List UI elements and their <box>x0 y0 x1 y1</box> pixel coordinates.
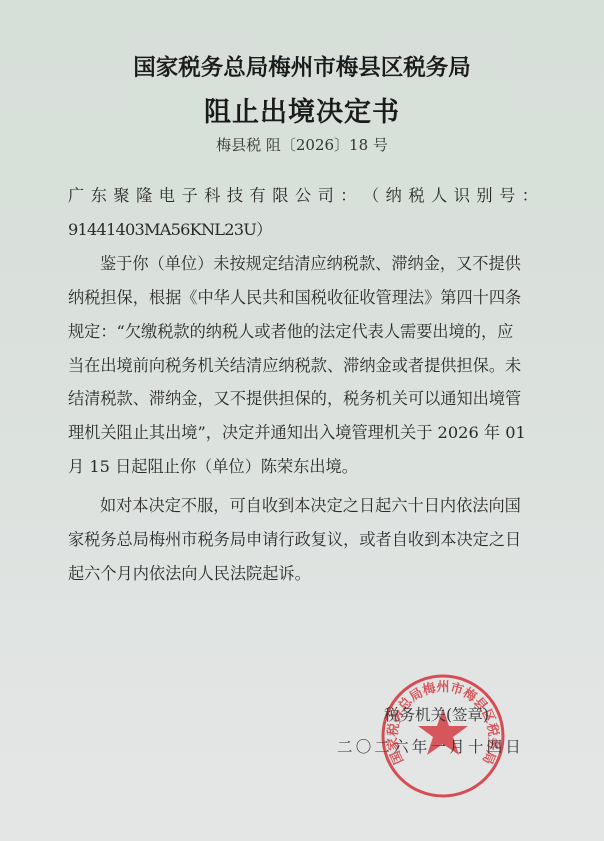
signature-label: 税务机关(签章) <box>384 703 489 725</box>
addressee-char: 隆 <box>136 182 152 206</box>
paragraph1-line: 月 15 日起阻止你（单位）陈荣东出境。 <box>68 453 538 477</box>
addressee-char: 公 <box>295 182 311 206</box>
addressee-char: 子 <box>181 182 197 206</box>
signature-date: 二〇二六年一月十四日 <box>337 735 524 757</box>
addressee-char: 科 <box>204 182 220 206</box>
paragraph1-line: 纳税担保，根据《中华人民共和国税收征收管理法》第四十四条 <box>68 284 538 308</box>
addressee-char: ： <box>340 182 356 206</box>
addressee-char: 别 <box>476 182 492 206</box>
addressee-char: 技 <box>227 182 243 206</box>
issuer-heading: 国家税务总局梅州市梅县区税务局 <box>0 50 604 82</box>
paragraph2-line: 家税务总局梅州市税务局申请行政复议，或者自收到本决定之日 <box>68 526 538 550</box>
paragraph1-line: 规定：“欠缴税款的纳税人或者他的法定代表人需要出境的，应 <box>68 318 538 342</box>
addressee-char: 电 <box>159 182 175 206</box>
paragraph1-line: 理机关阻止其出境”，决定并通知出入境管理机关于 2026 年 01 <box>68 419 538 443</box>
document-number: 梅县税 阻〔2026〕18 号 <box>0 134 604 155</box>
addressee-char: 税 <box>408 182 424 206</box>
addressee-char: 有 <box>250 182 266 206</box>
addressee-char: 纳 <box>386 182 402 206</box>
document-page: 国家税务总局梅州市梅县区税务局 阻止出境决定书 梅县税 阻〔2026〕18 号 … <box>0 0 604 841</box>
taxpayer-id-line: 91441403MA56KNL23U） <box>68 216 538 240</box>
addressee-char: 东 <box>91 182 107 206</box>
addressee-char: 司 <box>318 182 334 206</box>
paragraph2-line: 如对本决定不服，可自收到本决定之日起六十日内依法向国 <box>100 492 538 516</box>
paragraph1-line: 鉴于你（单位）未按规定结清应纳税款、滞纳金，又不提供 <box>100 250 538 274</box>
addressee-char: 广 <box>68 182 84 206</box>
addressee-char: 聚 <box>113 182 129 206</box>
addressee-char: 号 <box>499 182 515 206</box>
addressee-line: 广 东 聚 隆 电 子 科 技 有 限 公 司 ： （ 纳 税 人 识 别 号 … <box>68 182 538 206</box>
addressee-char: （ <box>363 182 379 206</box>
paragraph1-line: 当在出境前向税务机关结清应纳税款、滞纳金或者提供担保。未 <box>68 352 538 376</box>
addressee-char: ： <box>522 182 538 206</box>
addressee-char: 限 <box>272 182 288 206</box>
addressee-char: 人 <box>431 182 447 206</box>
addressee-char: 识 <box>454 182 470 206</box>
paragraph1-line: 结清税款、滞纳金，又不提供担保的，税务机关可以通知出境管 <box>68 385 538 409</box>
paragraph2-line: 起六个月内依法向人民法院起诉。 <box>68 560 538 584</box>
document-title: 阻止出境决定书 <box>0 90 604 129</box>
